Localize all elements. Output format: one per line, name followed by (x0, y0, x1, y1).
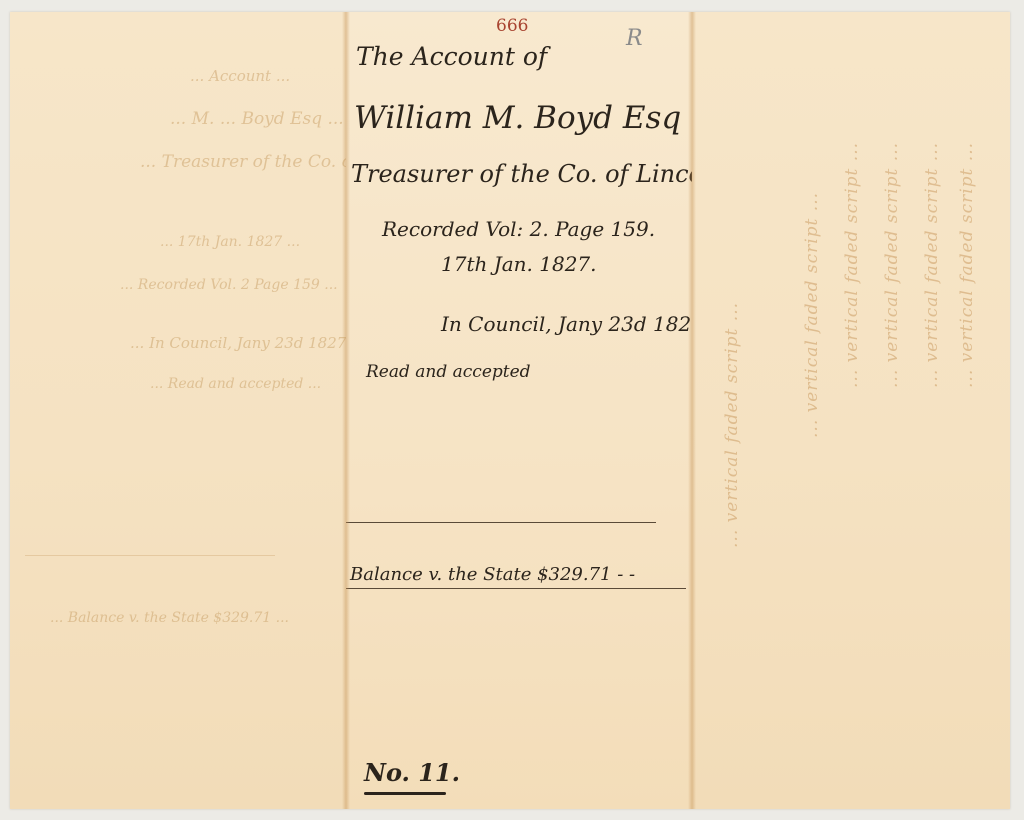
bleed-text: ... M. ... Boyd Esq ... (170, 109, 344, 129)
center-panel: 666 R The Account of William M. Boyd Esq… (346, 12, 692, 809)
right-panel: ... vertical faded script ... ... vertic… (692, 12, 1010, 809)
bleed-text: ... Recorded Vol. 2 Page 159 ... (120, 277, 338, 293)
bleed-vertical-text: ... vertical faded script ... (802, 192, 822, 438)
bleed-text: ... Account ... (190, 67, 290, 85)
bleed-vertical-text: ... vertical faded script ... (957, 142, 977, 388)
lower-rule (346, 588, 686, 589)
left-panel: ... Account ... ... M. ... Boyd Esq ... … (10, 12, 346, 809)
bleed-text: ... Read and accepted ... (150, 376, 321, 392)
bleed-vertical-text: ... vertical faded script ... (882, 142, 902, 388)
pencil-mark: R (626, 26, 643, 51)
catalog-number: 666 (496, 16, 528, 36)
docket-number: No. 11. (364, 758, 460, 787)
action-note: Read and accepted (366, 362, 531, 382)
bleed-text: ... 17th Jan. 1827 ... (160, 234, 300, 250)
upper-rule (346, 522, 656, 523)
title-line-3: Treasurer of the Co. of Lincoln. (351, 160, 734, 188)
title-line-1: The Account of (356, 42, 547, 71)
bleed-vertical-text: ... vertical faded script ... (722, 302, 742, 548)
bleed-vertical-text: ... vertical faded script ... (922, 142, 942, 388)
recorded-reference: Recorded Vol: 2. Page 159. (382, 217, 655, 241)
title-line-2: William M. Boyd Esq (354, 100, 681, 136)
manuscript-sheet: ... Account ... ... M. ... Boyd Esq ... … (10, 12, 1010, 809)
bleed-text: ... Balance v. the State $329.71 ... (50, 610, 289, 626)
fold-crease (342, 12, 350, 809)
fold-crease (688, 12, 696, 809)
bleed-vertical-text: ... vertical faded script ... (842, 142, 862, 388)
council-date: In Council, Jany 23d 1827 (441, 312, 704, 336)
bleed-text: ... In Council, Jany 23d 1827 ... (130, 334, 365, 352)
docket-underline (364, 792, 446, 795)
recorded-date: 17th Jan. 1827. (441, 252, 597, 276)
balance-line: Balance v. the State $329.71 - - (350, 564, 635, 585)
bleed-rule (25, 555, 275, 556)
